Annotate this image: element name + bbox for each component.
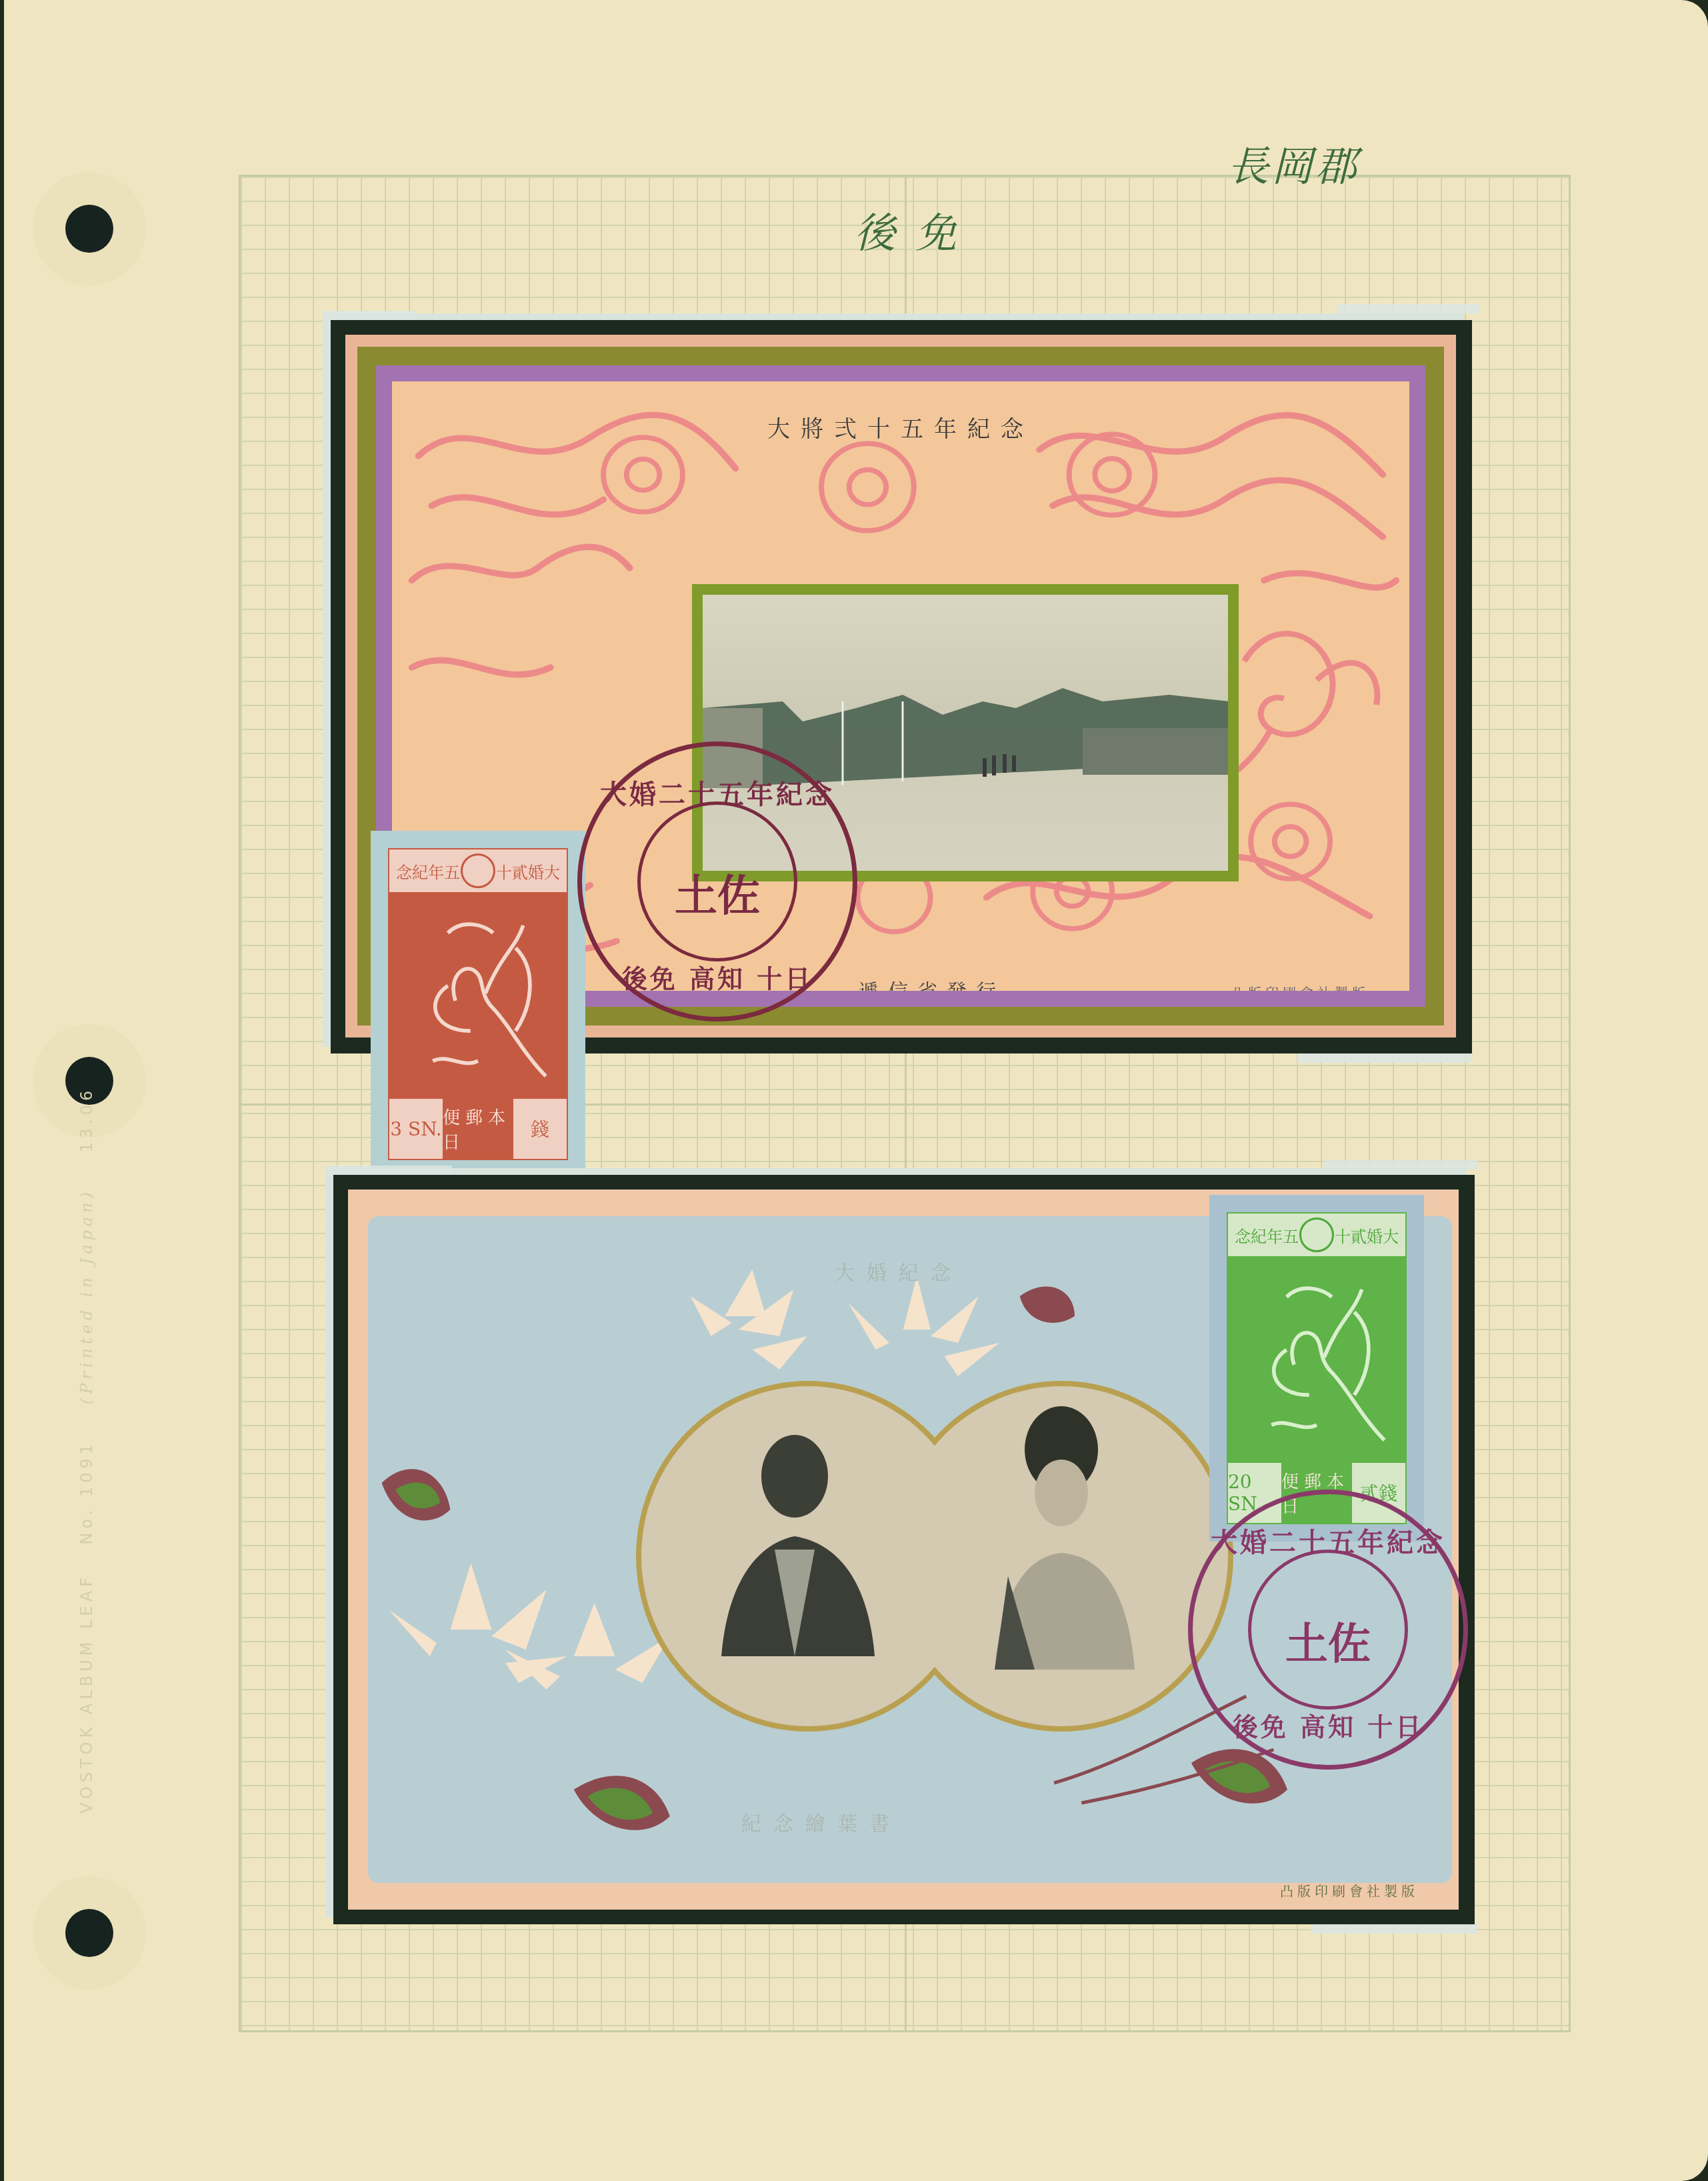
mount-corner-bottom-right [1311, 1924, 1477, 1934]
postmark-bottom-text: 後免 高知 十日 [577, 958, 857, 995]
stamp-face: 念紀年五 十貳婚大 [388, 848, 568, 1160]
imprint-brand: VOSTOK ALBUM LEAF [77, 1574, 96, 1814]
postmark-center-text: 土佐 [1188, 1610, 1468, 1671]
phoenix-icon [1241, 1267, 1392, 1463]
imprint-code: 13.06 [77, 1087, 96, 1153]
printer-imprint: 凸版印刷會社製版 [1280, 1881, 1419, 1900]
stamp-inscription-right: 十貳婚大 [1335, 1224, 1399, 1247]
stamp-value-bar: 3 SN. 便郵本日 錢 [389, 1099, 567, 1159]
handwritten-district: 後免 [854, 200, 977, 259]
stamp-inscription: 念紀年五 十貳婚大 [1228, 1214, 1405, 1256]
punch-hole [65, 1909, 113, 1957]
mount-corner-top-left [323, 311, 416, 320]
mount-corner-top-right [1337, 304, 1480, 313]
stamp-inscription: 念紀年五 十貳婚大 [389, 849, 567, 892]
chrysanthemum-crest-icon [1299, 1218, 1334, 1252]
postage-stamp-3sen[interactable]: 念紀年五 十貳婚大 [371, 831, 585, 1178]
card-title: 大將弍十五年紀念 [392, 411, 1409, 443]
card-caption: 遞信省發行 [859, 975, 1005, 991]
mount-corner-bottom-right [1297, 1053, 1471, 1063]
postcard-portrait[interactable]: 大婚紀念 [348, 1190, 1459, 1910]
commemorative-postmark: 大婚二十五年紀念 土佐 後免 高知 十日 [577, 741, 857, 1021]
postmark-top-text: 大婚二十五年紀念 [577, 773, 857, 811]
card-mount-bottom[interactable]: 大婚紀念 [333, 1175, 1475, 1924]
chrysanthemum-crest-icon [461, 853, 495, 888]
imprint-number: No. 1091 [77, 1440, 96, 1545]
stamp-denomination: 錢 [513, 1099, 567, 1159]
stamp-inscription-right: 十貳婚大 [496, 859, 560, 883]
handwritten-county: 長岡郡 [1227, 133, 1359, 193]
postmark-center-text: 土佐 [577, 861, 857, 923]
phoenix-icon [403, 903, 553, 1099]
card-mount-top[interactable]: 大將弍十五年紀念 [331, 320, 1472, 1053]
commemorative-postmark: 大婚二十五年紀念 土佐 後免 高知 十日 [1188, 1490, 1468, 1770]
stamp-value: 3 SN. [389, 1099, 443, 1159]
portrait-photo [635, 1376, 1235, 1736]
punch-hole [65, 205, 113, 253]
mount-corner-top-right [1324, 1160, 1477, 1170]
portrait-frame [635, 1376, 1235, 1736]
emperor-head-icon [761, 1435, 828, 1518]
album-leaf: VOSTOK ALBUM LEAF No. 1091 (Printed in J… [4, 0, 1708, 2181]
mount-corner-top-left [325, 1166, 452, 1175]
stamp-inscription-left: 念紀年五 [396, 859, 460, 883]
postmark-top-text: 大婚二十五年紀念 [1188, 1522, 1468, 1560]
stamp-face: 念紀年五 十貳婚大 [1227, 1212, 1407, 1524]
stamp-country: 便郵本日 [443, 1099, 513, 1159]
embossed-caption-top: 大婚紀念 [835, 1256, 963, 1286]
printer-imprint: 凸版印刷會社製版 [1231, 983, 1369, 991]
postmark-bottom-text: 後免 高知 十日 [1188, 1706, 1468, 1743]
embossed-caption-bottom: 紀念繪葉書 [741, 1807, 901, 1836]
postcard-palace[interactable]: 大將弍十五年紀念 [345, 335, 1456, 1037]
imprint-origin: (Printed in Japan) [77, 1188, 96, 1404]
leaf-imprint: VOSTOK ALBUM LEAF No. 1091 (Printed in J… [77, 1087, 96, 1814]
people-icon [983, 751, 1023, 778]
stamp-inscription-left: 念紀年五 [1235, 1224, 1299, 1247]
